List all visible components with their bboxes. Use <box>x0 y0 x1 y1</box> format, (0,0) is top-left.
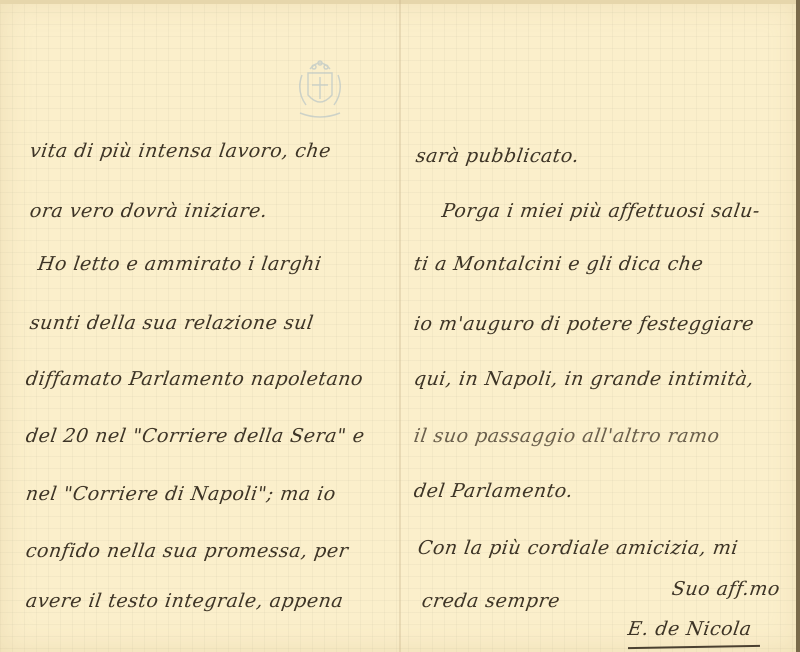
letter-line: sarà pubblicato. <box>414 145 580 167</box>
letter-line: avere il testo integrale, appena <box>24 590 344 612</box>
letter-line: io m'auguro di potere festeggiare <box>412 313 755 335</box>
letter-sheet: vita di più intensa lavoro, che ora vero… <box>0 0 800 652</box>
right-page: sarà pubblicato. Porga i miei più affett… <box>400 0 800 652</box>
letter-line: ti a Montalcini e gli dica che <box>412 253 704 275</box>
letter-line: nel "Corriere di Napoli"; ma io <box>24 483 337 505</box>
letter-line: diffamato Parlamento napoletano <box>24 368 364 390</box>
letter-line: creda sempre <box>420 590 561 612</box>
left-page: vita di più intensa lavoro, che ora vero… <box>0 0 400 652</box>
letter-line: sunti della sua relazione sul <box>28 312 315 334</box>
letter-line: confido nella sua promessa, per <box>24 540 349 562</box>
letter-line: ora vero dovrà iniziare. <box>28 200 268 222</box>
letter-line: il suo passaggio all'altro ramo <box>412 425 721 447</box>
letter-line: Ho letto e ammirato i larghi <box>36 253 323 275</box>
letter-line: del Parlamento. <box>412 480 574 502</box>
letter-line: vita di più intensa lavoro, che <box>28 140 332 162</box>
signature: E. de Nicola <box>626 618 753 640</box>
letter-line: Porga i miei più affettuosi salu- <box>440 200 761 222</box>
letter-line: qui, in Napoli, in grande intimità, <box>412 368 755 390</box>
letter-line: Con la più cordiale amicizia, mi <box>416 537 739 559</box>
letter-line: del 20 nel "Corriere della Sera" e <box>24 425 366 447</box>
embossed-crest-icon <box>292 55 348 125</box>
closing-salutation: Suo aff.mo <box>670 578 781 600</box>
